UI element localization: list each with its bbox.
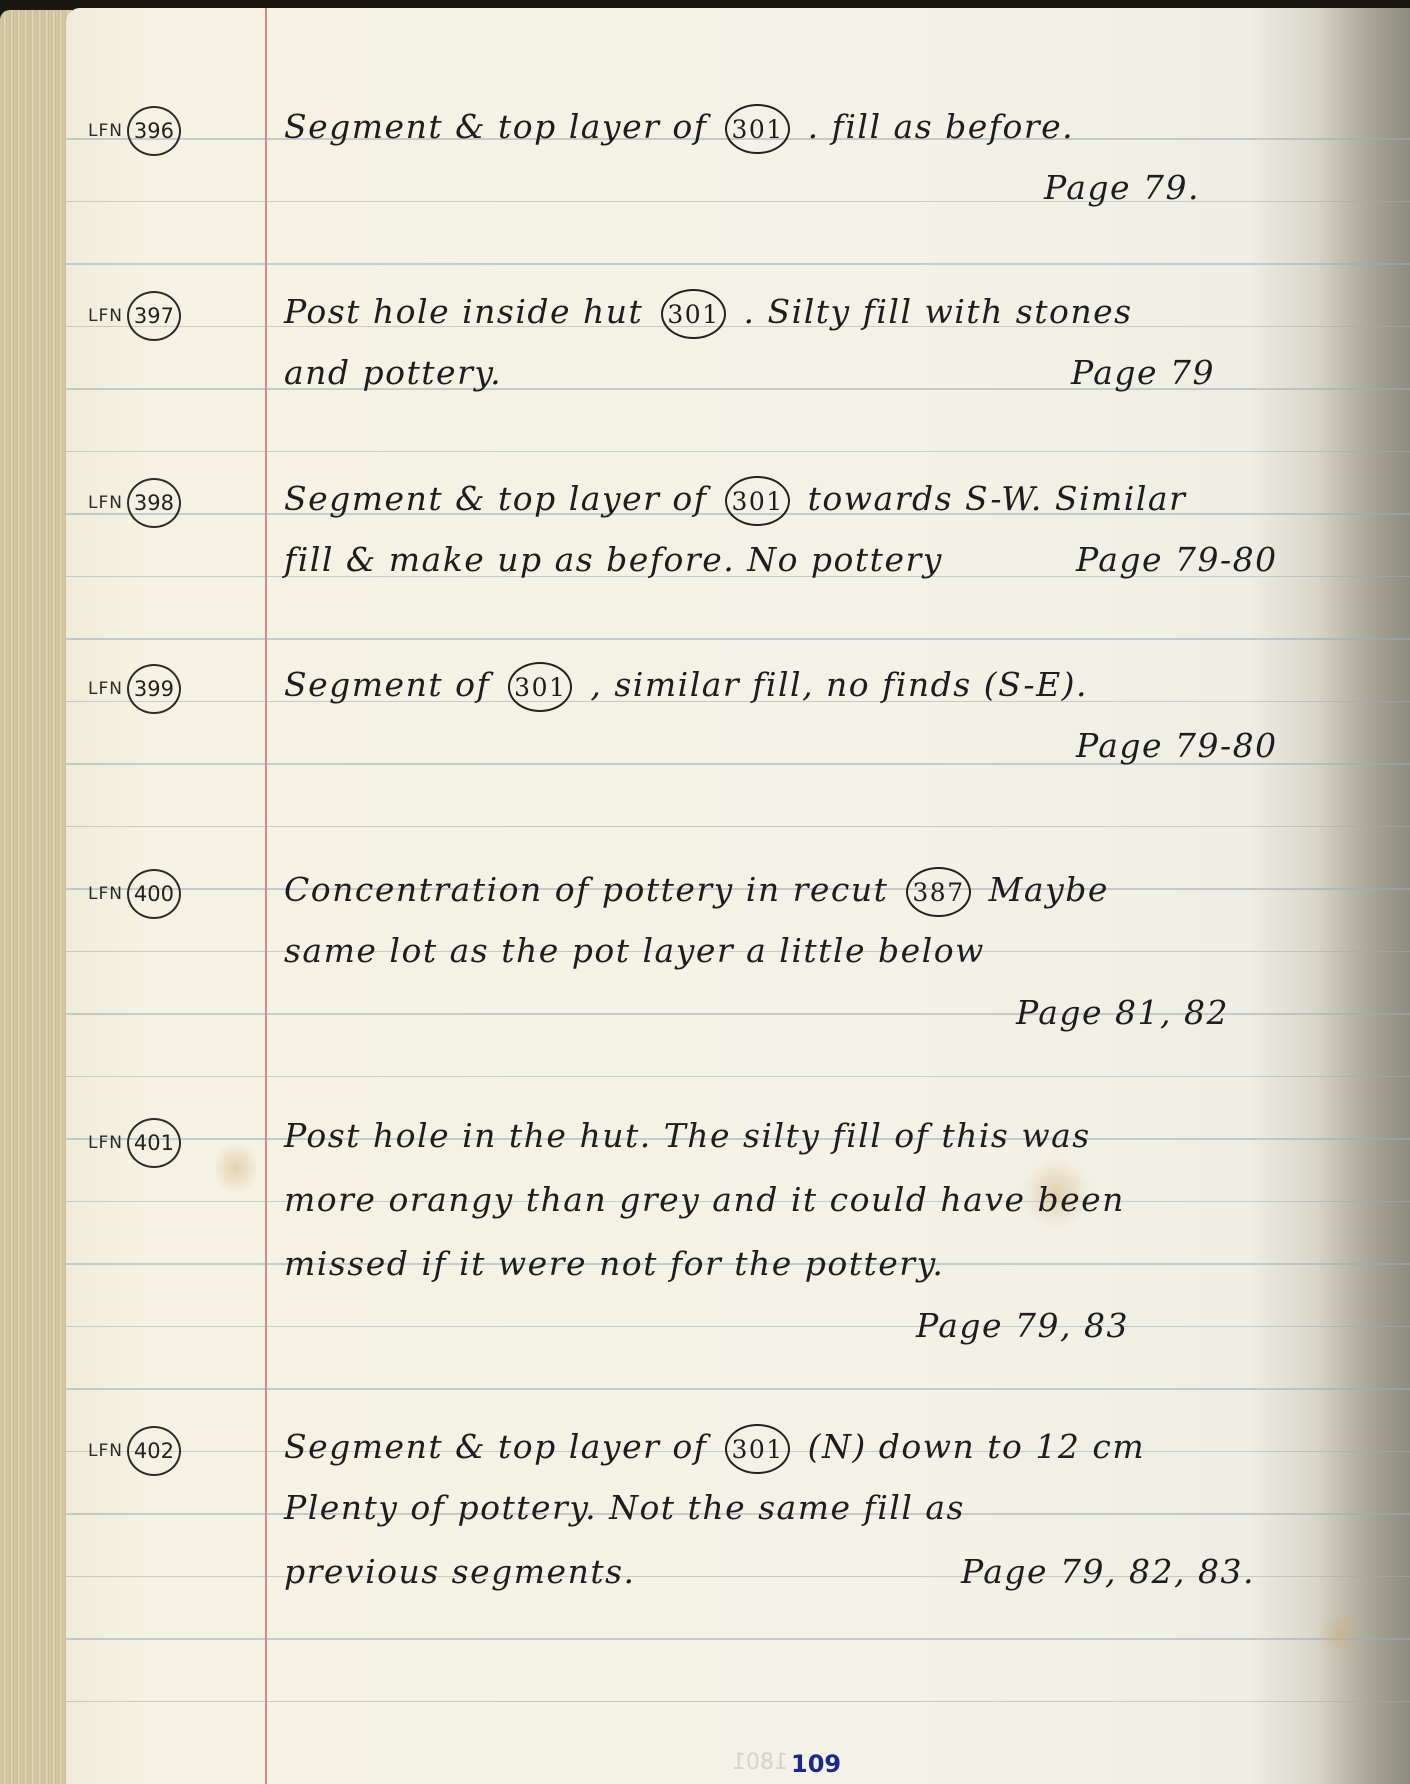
ruled-line xyxy=(66,826,1410,828)
ruled-line xyxy=(66,201,1410,203)
context-number-circled: 301 xyxy=(725,1424,789,1474)
ruled-line xyxy=(66,263,1410,265)
page-reference: Page 81, 82 xyxy=(1016,993,1229,1032)
lfn-label: LFN 399 xyxy=(88,664,181,714)
page-reference: Page 79 xyxy=(1071,353,1215,392)
notebook-page: LFN 396 Segment & top layer of 301 . fil… xyxy=(66,8,1410,1784)
entry-text-line: Segment & top layer of 301 (N) down to 1… xyxy=(284,1424,1145,1474)
page-reference: Page 79, 83 xyxy=(916,1306,1129,1345)
context-number-circled: 301 xyxy=(661,289,725,339)
lfn-number-circled: 399 xyxy=(127,664,181,714)
lfn-number-circled: 402 xyxy=(127,1426,181,1476)
page-number: 109 xyxy=(791,1750,841,1778)
page-edges xyxy=(0,10,72,1784)
entry-text-line: Plenty of pottery. Not the same fill as xyxy=(284,1488,965,1527)
lfn-label: LFN 397 xyxy=(88,291,181,341)
context-number-circled: 301 xyxy=(508,662,572,712)
lfn-prefix: LFN xyxy=(88,493,123,513)
ruled-line xyxy=(66,1076,1410,1078)
ruled-line xyxy=(66,1326,1410,1328)
lfn-number-circled: 398 xyxy=(127,478,181,528)
text-segment: missed if it were not for the pottery. xyxy=(284,1244,944,1283)
lfn-prefix: LFN xyxy=(88,1133,123,1153)
lfn-number-circled: 397 xyxy=(127,291,181,341)
ruled-line xyxy=(66,1388,1410,1390)
text-segment: Post hole in the hut. The silty fill of … xyxy=(284,1116,1091,1155)
text-segment: Segment of xyxy=(284,665,490,704)
paper-stain xyxy=(216,1138,256,1198)
paper-stain xyxy=(1321,1608,1361,1658)
lfn-label: LFN 402 xyxy=(88,1426,181,1476)
lfn-label: LFN 400 xyxy=(88,869,181,919)
context-number-circled: 301 xyxy=(725,476,789,526)
text-segment: Maybe xyxy=(989,870,1109,909)
entry-text-line: Concentration of pottery in recut 387 Ma… xyxy=(284,867,1109,917)
text-segment: Concentration of pottery in recut xyxy=(284,870,888,909)
text-segment: Segment & top layer of xyxy=(284,1427,707,1466)
text-segment: and pottery. xyxy=(284,353,502,392)
ruled-line xyxy=(66,1638,1410,1640)
text-segment: fill & make up as before. No pottery xyxy=(284,540,943,579)
red-margin-line xyxy=(265,8,267,1784)
entry-text-line: missed if it were not for the pottery. xyxy=(284,1244,944,1283)
text-segment: Segment & top layer of xyxy=(284,107,707,146)
page-reference: Page 79. xyxy=(1044,168,1200,207)
text-segment: . fill as before. xyxy=(808,107,1074,146)
entry-text-line: previous segments. xyxy=(284,1552,636,1591)
ruled-line xyxy=(66,638,1410,640)
page-reference: Page 79-80 xyxy=(1076,540,1278,579)
lfn-prefix: LFN xyxy=(88,679,123,699)
lfn-label: LFN 398 xyxy=(88,478,181,528)
text-segment: (N) down to 12 cm xyxy=(808,1427,1145,1466)
entry-text-line: and pottery. xyxy=(284,353,502,392)
lfn-prefix: LFN xyxy=(88,121,123,141)
context-number-circled: 301 xyxy=(725,104,789,154)
text-segment: towards S-W. Similar xyxy=(808,479,1187,518)
lfn-prefix: LFN xyxy=(88,884,123,904)
entry-text-line: Post hole in the hut. The silty fill of … xyxy=(284,1116,1091,1155)
context-number-circled: 387 xyxy=(906,867,970,917)
entry-text-line: Segment & top layer of 301 . fill as bef… xyxy=(284,104,1074,154)
entry-text-line: Segment of 301 , similar fill, no finds … xyxy=(284,662,1088,712)
text-segment: more orangy than grey and it could have … xyxy=(284,1180,1125,1219)
entry-text-line: Segment & top layer of 301 towards S-W. … xyxy=(284,476,1186,526)
text-segment: same lot as the pot layer a little below xyxy=(284,931,985,970)
lfn-label: LFN 401 xyxy=(88,1118,181,1168)
ruled-line xyxy=(66,451,1410,453)
lfn-label: LFN 396 xyxy=(88,106,181,156)
lfn-prefix: LFN xyxy=(88,1441,123,1461)
text-segment: , similar fill, no finds (S-E). xyxy=(590,665,1088,704)
entry-text-line: same lot as the pot layer a little below xyxy=(284,931,985,970)
ruled-line xyxy=(66,1701,1410,1703)
entry-text-line: Post hole inside hut 301 . Silty fill wi… xyxy=(284,289,1133,339)
text-segment: previous segments. xyxy=(284,1552,636,1591)
page-reference: Page 79, 82, 83. xyxy=(961,1552,1255,1591)
lfn-number-circled: 396 xyxy=(127,106,181,156)
text-segment: Segment & top layer of xyxy=(284,479,707,518)
entry-text-line: fill & make up as before. No pottery xyxy=(284,540,943,579)
lfn-prefix: LFN xyxy=(88,306,123,326)
entry-text-line: more orangy than grey and it could have … xyxy=(284,1180,1125,1219)
notebook-scan: LFN 396 Segment & top layer of 301 . fil… xyxy=(0,0,1410,1784)
text-segment: Plenty of pottery. Not the same fill as xyxy=(284,1488,965,1527)
page-reference: Page 79-80 xyxy=(1076,726,1278,765)
text-segment: . Silty fill with stones xyxy=(744,292,1133,331)
lfn-number-circled: 401 xyxy=(127,1118,181,1168)
bleed-through-page-number: 1801 xyxy=(732,1750,788,1775)
lfn-number-circled: 400 xyxy=(127,869,181,919)
text-segment: Post hole inside hut xyxy=(284,292,643,331)
